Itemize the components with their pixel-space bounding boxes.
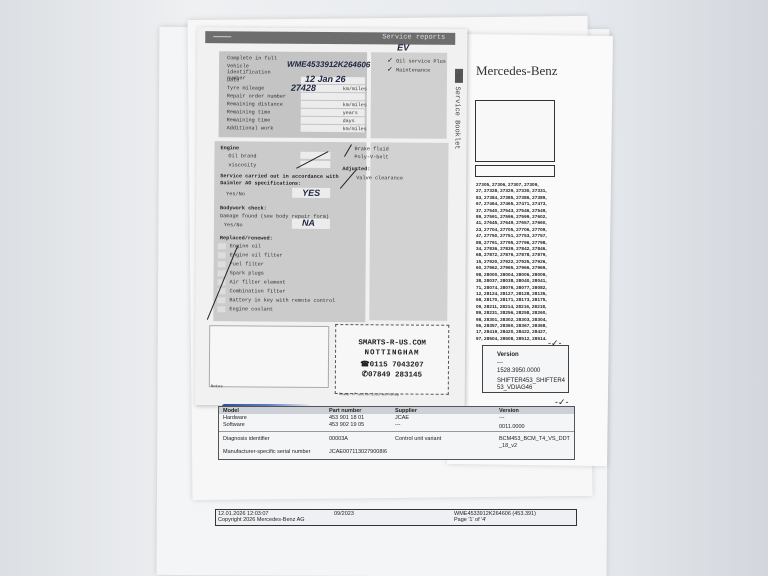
info-box xyxy=(475,165,555,177)
stamp-caption: Stamp of authorized workshop xyxy=(339,393,399,397)
cu-variant-value: BCM453_BCM_T4_VS_DDT_18_v2 xyxy=(499,436,571,450)
brake-fluid-label: Brake fluid xyxy=(354,146,388,152)
serial-value: JCAE0071130279008I6 xyxy=(329,449,387,455)
checkbox[interactable] xyxy=(217,306,225,312)
engine-heading: Engine xyxy=(220,145,239,151)
serial-label: Manufacturer-specific serial number xyxy=(223,449,310,455)
engine-right-panel xyxy=(369,142,448,321)
table-cell: 453 902 19 05 xyxy=(329,422,364,428)
option-maintenance: ✓ Maintenance xyxy=(387,65,430,74)
handwritten-value: WME4533912K264606 xyxy=(287,60,370,70)
field-input[interactable] xyxy=(301,93,365,100)
field-unit: years xyxy=(343,110,358,116)
mercedes-brand: Mercedes-Benz xyxy=(476,63,558,79)
field-label: Remaining time xyxy=(227,117,271,123)
field-label: Complete in full xyxy=(227,55,277,61)
version-box: Version --- 1528.3950.0000 SHIFTER453_SH… xyxy=(482,345,569,393)
replaced-item: Combination filter xyxy=(229,288,285,294)
bodywork-heading: Bodywork check: xyxy=(220,205,267,211)
table-cell: 453 901 18 01 xyxy=(329,415,364,421)
diag-id-label: Diagnosis identifier xyxy=(223,436,269,442)
part-number-line: 97, 28504, 28508, 28512, 28514. xyxy=(476,336,596,342)
bodywork-yes-no: Yes/No xyxy=(224,222,243,228)
version-dash: --- xyxy=(497,360,503,366)
footer-date-code: 09/2023 xyxy=(334,511,354,517)
viscosity-label: viscosity xyxy=(228,162,256,168)
poly-v-belt-label: Poly-V-belt xyxy=(354,154,388,160)
field-unit: km/miles xyxy=(343,86,367,92)
service-spec-heading: Service carried out in accordance with D… xyxy=(220,173,340,188)
field-label: Tyre mileage xyxy=(227,85,264,91)
footer-page: Page '1' of '4' xyxy=(454,517,486,523)
field-label: Remaining time xyxy=(227,109,271,115)
option-oil-service-plus: ✓ Oil service Plus xyxy=(387,56,446,65)
replaced-item: Spark plugs xyxy=(230,270,264,276)
col-header: Supplier xyxy=(395,408,417,414)
col-header: Model xyxy=(223,408,239,414)
replaced-item: Air filter element xyxy=(230,279,286,285)
side-label: >> Service Booklet xyxy=(452,74,461,150)
checkbox[interactable] xyxy=(218,252,226,258)
version-value: 1528.3950.0000 xyxy=(497,368,540,374)
col-header: Part number xyxy=(329,408,361,414)
table-cell: Software xyxy=(223,422,245,428)
field-label: Additional work xyxy=(227,125,274,131)
workshop-stamp: SMARTS-R-US.COM NOTTINGHAM ☎0115 7043207… xyxy=(335,324,449,395)
divider xyxy=(219,431,574,432)
booklet-header: Service reports xyxy=(205,31,455,45)
handwritten-value: 27428 xyxy=(291,83,316,93)
table-cell: JCAE xyxy=(395,415,409,421)
field-unit: km/miles xyxy=(343,126,367,132)
replaced-heading: Replaced/renewed: xyxy=(220,235,273,241)
replaced-item: Engine oil filter xyxy=(230,252,283,258)
version-header: Version xyxy=(497,352,519,358)
field-label: Date xyxy=(227,77,239,83)
oil-brand-label: Oil brand xyxy=(228,153,256,159)
service-spec-value: YES xyxy=(302,188,320,198)
field-label: Remaining distance xyxy=(227,101,283,107)
handwritten-annotation: EV xyxy=(397,42,409,52)
notes-box xyxy=(209,325,329,388)
bodywork-value: NA xyxy=(302,218,315,228)
back-arrow-icon xyxy=(213,36,231,37)
table-cell: 0011.0000 xyxy=(499,424,525,430)
ecu-table: Model Part number Supplier Version Hardw… xyxy=(218,406,575,460)
field-label: Repair order number xyxy=(227,93,286,99)
service-booklet-page: Service reports >> Service Booklet EV ✓ … xyxy=(195,27,468,407)
table-cell: --- xyxy=(395,422,401,428)
field-input[interactable] xyxy=(301,117,365,124)
notes-label: Notes xyxy=(211,385,223,389)
checkbox[interactable] xyxy=(218,261,226,267)
address-box xyxy=(475,100,555,162)
stamp-line: SMARTS-R-US.COM xyxy=(336,339,448,348)
col-header: Version xyxy=(499,408,519,414)
checkbox[interactable] xyxy=(217,297,225,303)
cu-variant-label: Control unit variant xyxy=(395,436,441,442)
field-unit: km/miles xyxy=(343,102,367,108)
stamp-line: ✆07849 283145 xyxy=(336,369,448,380)
diag-id-value: 00003A xyxy=(329,436,348,442)
table-cell: --- xyxy=(499,415,505,421)
checkbox[interactable] xyxy=(218,243,226,249)
part-number-list: 27305, 27306, 27307, 27309,27, 27328, 27… xyxy=(476,182,596,342)
replaced-item: Engine oil xyxy=(230,243,261,249)
valve-clearance-label: Valve clearance xyxy=(356,175,403,181)
table-cell: Hardware xyxy=(223,415,247,421)
replaced-item: Fuel filter xyxy=(230,261,264,267)
replaced-item: Battery in key with remote control xyxy=(229,297,335,304)
footer-copyright: Copyright 2026 Mercedes-Benz AG xyxy=(218,517,305,523)
diag-variant: SHIFTER453_SHIFTER453_VDIAG46 xyxy=(497,378,567,392)
stamp-line: NOTTINGHAM xyxy=(336,349,448,358)
page-footer: 12.01.2026 12:03:07 Copyright 2026 Merce… xyxy=(215,509,577,526)
booklet-title: Service reports xyxy=(382,33,445,41)
service-spec-yes-no: Yes/No xyxy=(226,191,245,197)
field-unit: days xyxy=(343,118,355,124)
replaced-item: Engine coolant xyxy=(229,306,273,312)
